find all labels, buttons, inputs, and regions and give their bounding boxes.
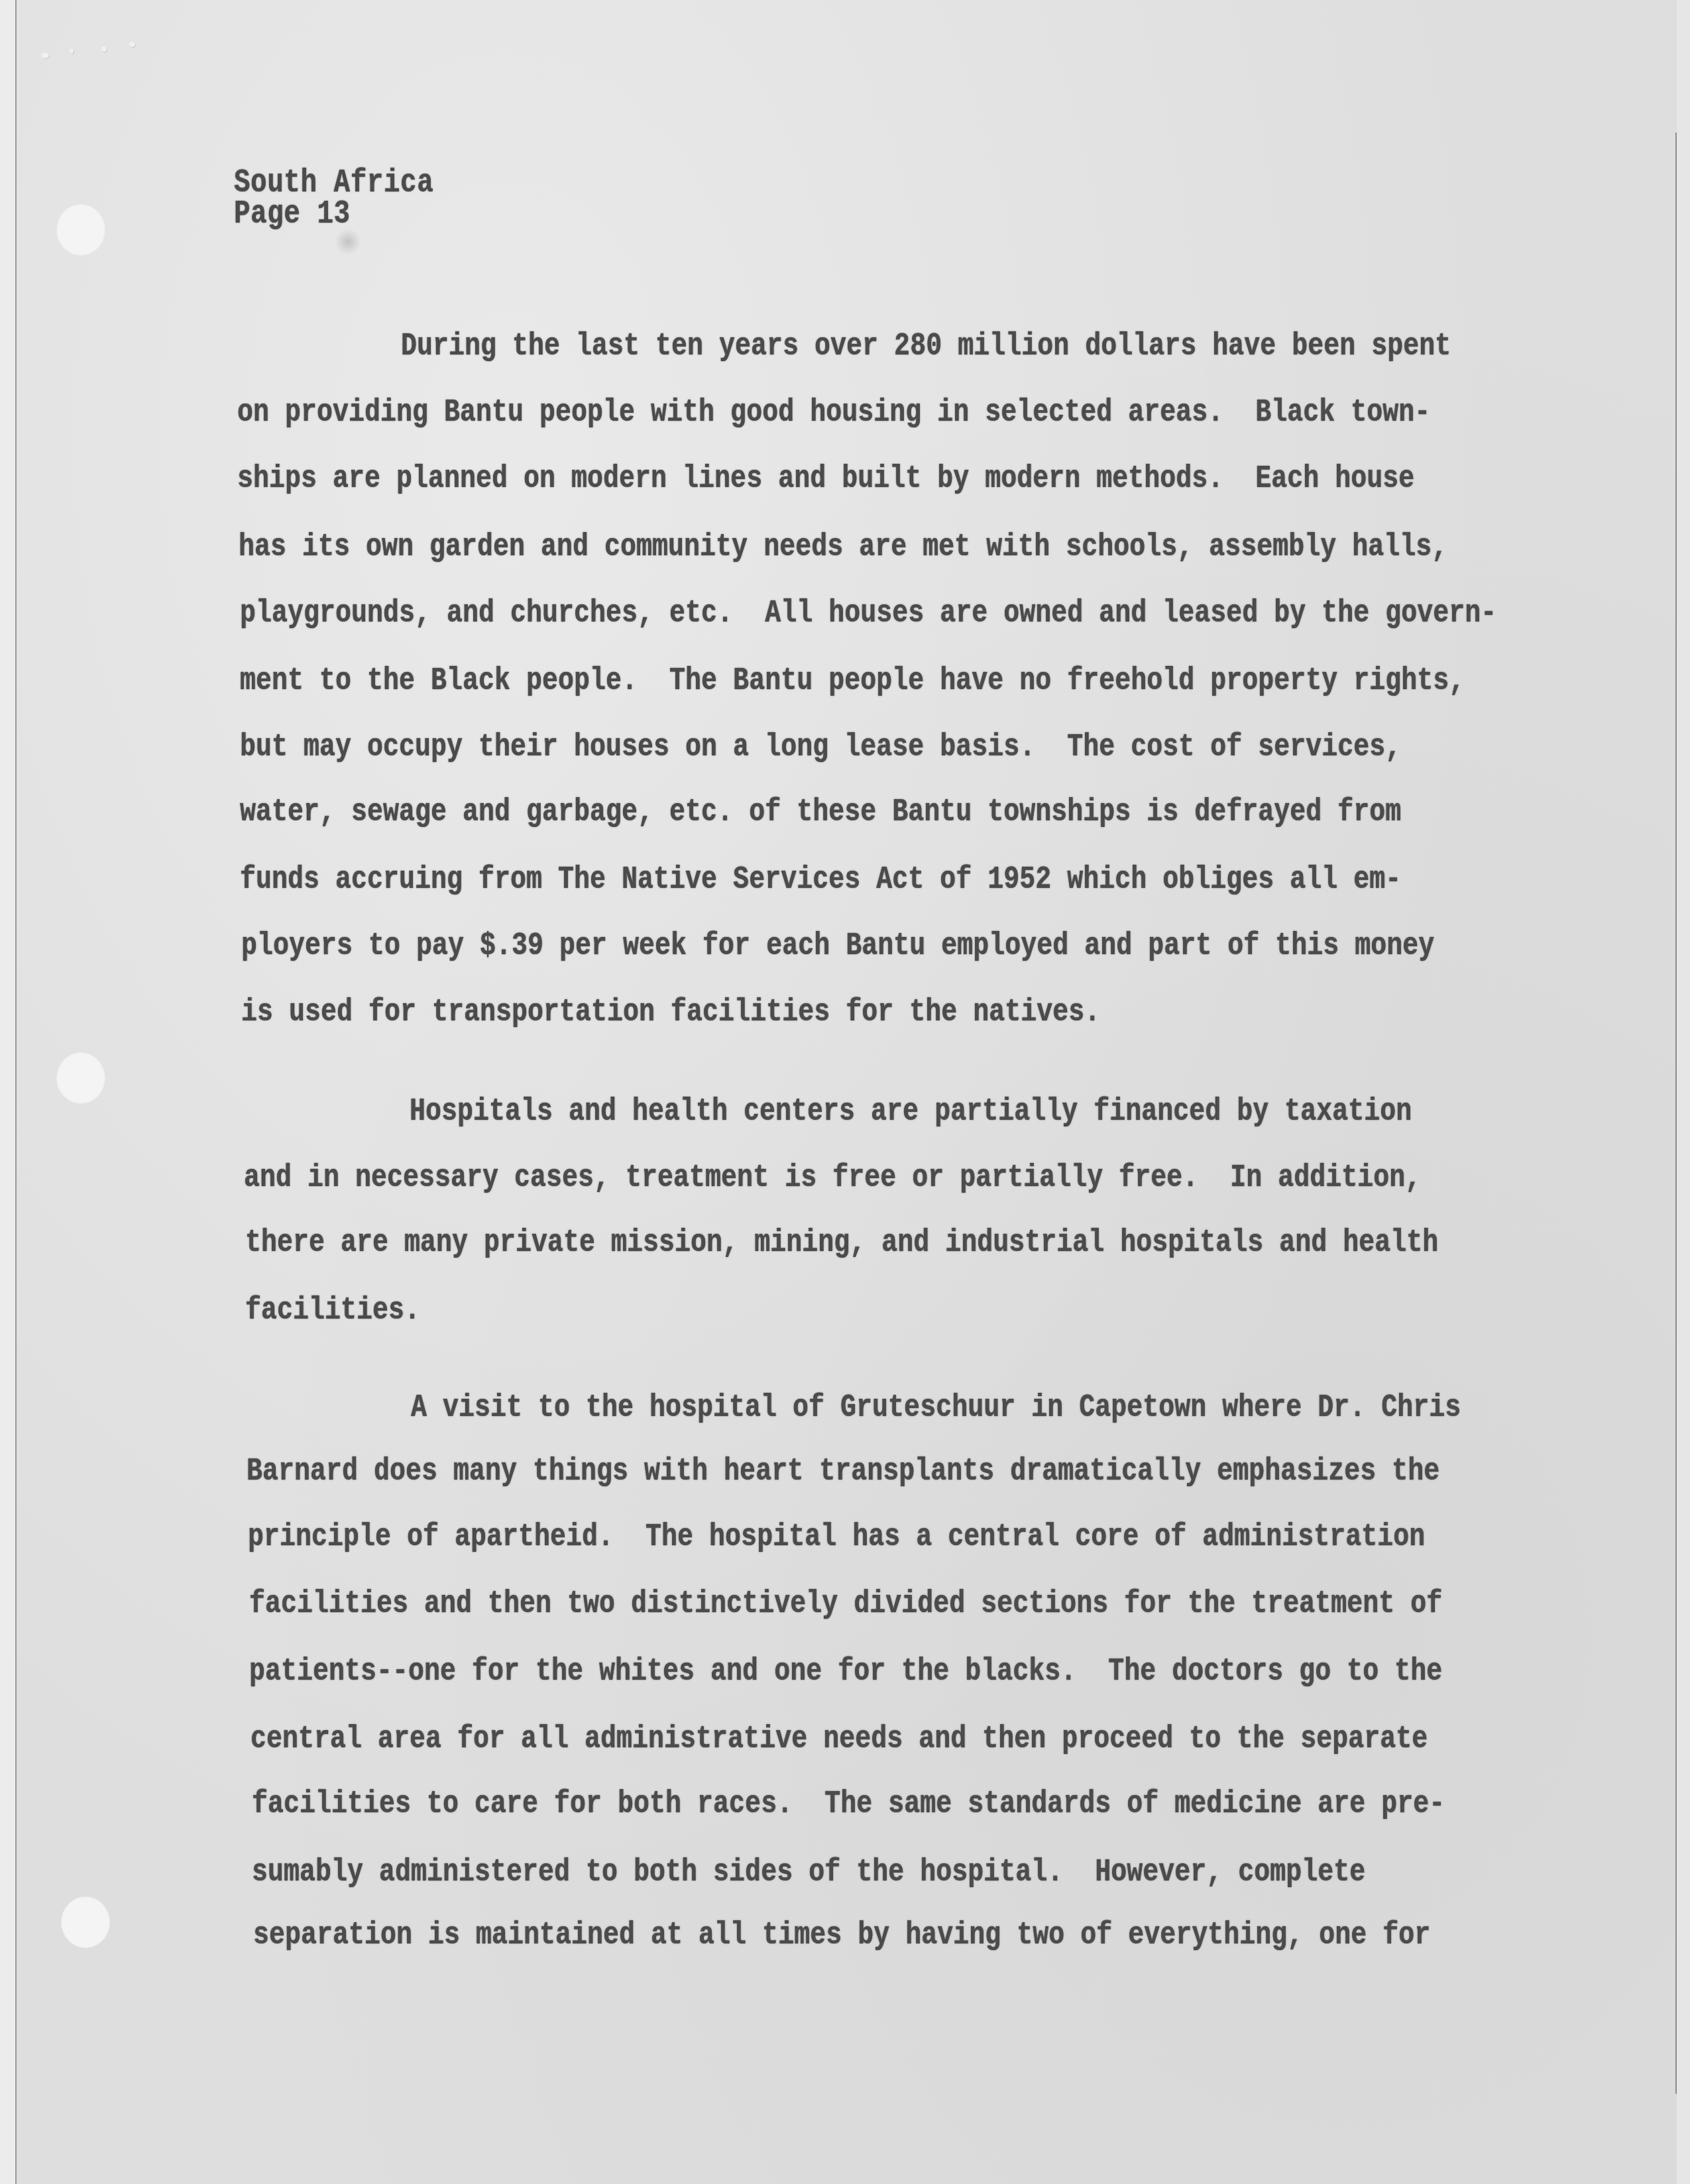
- text-line: facilities and then two distinctively di…: [249, 1586, 1442, 1625]
- text-line: principle of apartheid. The hospital has…: [248, 1519, 1425, 1558]
- text-line: but may occupy their houses on a long le…: [240, 729, 1401, 768]
- text-line: water, sewage and garbage, etc. of these…: [240, 794, 1401, 833]
- text-line: During the last ten years over 280 milli…: [401, 328, 1451, 367]
- hole-punch-icon: [61, 1896, 110, 1948]
- text-line: patients--one for the whites and one for…: [249, 1653, 1442, 1692]
- text-line: central area for all administrative need…: [251, 1721, 1428, 1760]
- text-line: ships are planned on modern lines and bu…: [237, 461, 1414, 500]
- text-line: A visit to the hospital of Gruteschuur i…: [411, 1390, 1461, 1429]
- staple-mark-icon: [129, 42, 135, 47]
- text-line: and in necessary cases, treatment is fre…: [244, 1160, 1421, 1199]
- page-number: Page 13: [234, 195, 351, 235]
- text-line: facilities to care for both races. The s…: [252, 1786, 1445, 1825]
- text-line: facilities.: [245, 1292, 420, 1331]
- page-edge-line: [1675, 133, 1677, 2094]
- text-line: there are many private mission, mining, …: [245, 1225, 1438, 1264]
- text-line: on providing Bantu people with good hous…: [237, 394, 1430, 433]
- text-line: Hospitals and health centers are partial…: [410, 1093, 1412, 1132]
- text-line: has its own garden and community needs a…: [239, 529, 1447, 568]
- page-left-edge: [0, 0, 17, 2184]
- hole-punch-icon: [56, 204, 105, 256]
- text-line: is used for transportation facilities fo…: [241, 994, 1100, 1033]
- text-line: separation is maintained at all times by…: [253, 1917, 1430, 1956]
- text-line: playgrounds, and churches, etc. All hous…: [240, 595, 1496, 634]
- text-line: ployers to pay $.39 per week for each Ba…: [241, 928, 1434, 967]
- staple-mark-icon: [70, 48, 74, 54]
- staple-mark-icon: [41, 53, 49, 58]
- text-line: funds accruing from The Native Services …: [240, 861, 1401, 901]
- document-page: South Africa Page 13 During the last ten…: [0, 0, 1690, 2184]
- page-right-edge: [1677, 0, 1690, 2184]
- hole-punch-icon: [56, 1052, 105, 1104]
- staple-mark-icon: [101, 46, 107, 52]
- text-line: Barnard does many things with heart tran…: [247, 1453, 1439, 1492]
- text-line: ment to the Black people. The Bantu peop…: [240, 663, 1465, 702]
- text-line: sumably administered to both sides of th…: [252, 1854, 1365, 1893]
